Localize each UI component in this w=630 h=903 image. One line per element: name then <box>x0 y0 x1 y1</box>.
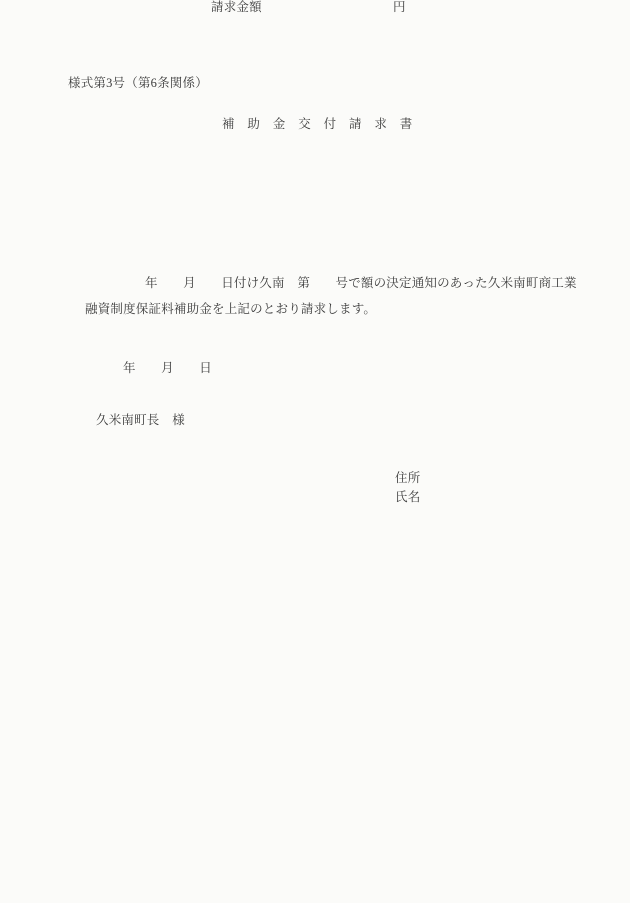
amount-row: 請求金額 円 <box>0 0 630 16</box>
signature-name-label: 氏名 <box>395 490 420 504</box>
body-text-line-1: 年 月 日付け久南 第 号で額の決定通知のあった久米南町商工業 <box>145 276 577 290</box>
body-text-line-2: 融資制度保証料補助金を上記のとおり請求します。 <box>85 302 376 316</box>
addressee-line: 久米南町長 様 <box>96 413 185 427</box>
amount-unit-yen: 円 <box>393 0 406 14</box>
form-number: 様式第3号（第6条関係） <box>68 76 208 90</box>
amount-label: 請求金額 <box>211 0 262 14</box>
signature-address-label: 住所 <box>395 471 420 485</box>
document-title: 補 助 金 交 付 請 求 書 <box>222 117 413 131</box>
document-page: 様式第3号（第6条関係） 補 助 金 交 付 請 求 書 請求金額 円 年 月 … <box>0 0 630 903</box>
date-blank-line: 年 月 日 <box>123 361 212 375</box>
